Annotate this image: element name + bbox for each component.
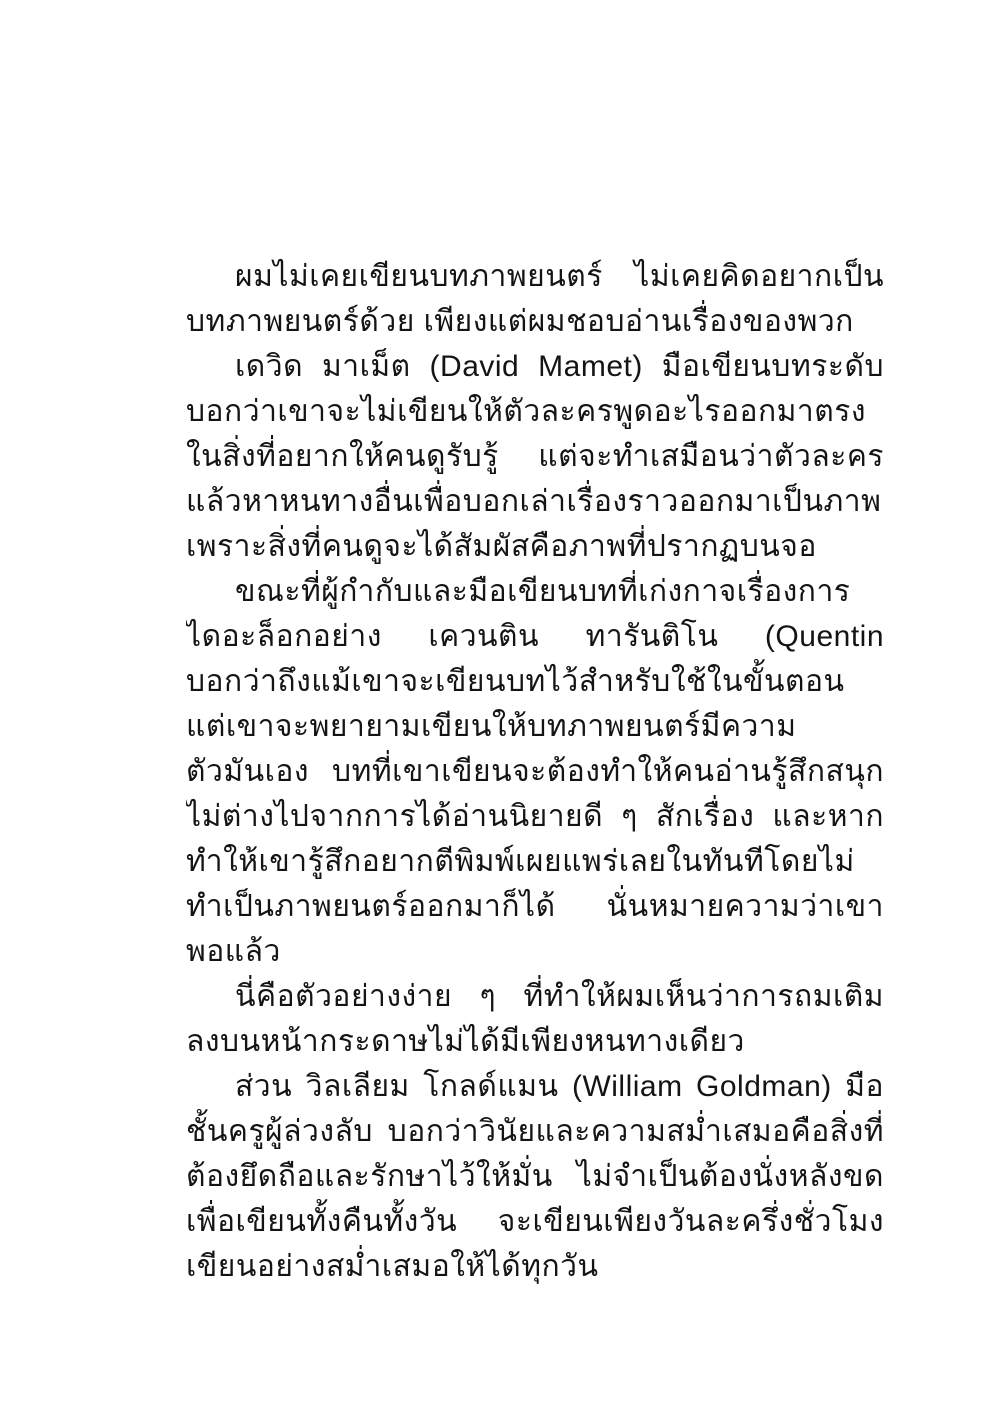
text-line: ในสิ่งที่อยากให้คนดูรับรู้ แต่จะทำเสมือน… — [186, 434, 884, 479]
text-line: พอแล้ว — [186, 929, 884, 974]
text-line: บทภาพยนตร์ด้วย เพียงแต่ผมชอบอ่านเรื่องขอ… — [186, 299, 884, 344]
text-line: นี่คือตัวอย่างง่าย ๆ ที่ทำให้ผมเห็นว่ากา… — [186, 974, 884, 1019]
text-line: ผมไม่เคยเขียนบทภาพยนตร์ ไม่เคยคิดอยากเป็… — [186, 254, 884, 299]
text-line: ขณะที่ผู้กำกับและมือเขียนบทที่เก่งกาจเรื… — [186, 569, 884, 614]
text-line: ไม่ต่างไปจากการได้อ่านนิยายดี ๆ สักเรื่อ… — [186, 794, 884, 839]
text-line: บอกว่าถึงแม้เขาจะเขียนบทไว้สำหรับใช้ในขั… — [186, 659, 884, 704]
text-line: ชั้นครูผู้ล่วงลับ บอกว่าวินัยและความสม่ำ… — [186, 1109, 884, 1154]
text-line: เดวิด มาเม็ต (David Mamet) มือเขียนบทระด… — [186, 344, 884, 389]
text-line: บอกว่าเขาจะไม่เขียนให้ตัวละครพูดอะไรออกม… — [186, 389, 884, 434]
body-text: ผมไม่เคยเขียนบทภาพยนตร์ ไม่เคยคิดอยากเป็… — [186, 254, 884, 1289]
page: ผมไม่เคยเขียนบทภาพยนตร์ ไม่เคยคิดอยากเป็… — [0, 0, 992, 1407]
text-line: ทำให้เขารู้สึกอยากตีพิมพ์เผยแพร่เลยในทัน… — [186, 839, 884, 884]
text-line: แล้วหาหนทางอื่นเพื่อบอกเล่าเรื่องราวออกม… — [186, 479, 884, 524]
text-line: แต่เขาจะพยายามเขียนให้บทภาพยนตร์มีความสม… — [186, 704, 884, 749]
text-line: ลงบนหน้ากระดาษไม่ได้มีเพียงหนทางเดียว — [186, 1019, 884, 1064]
text-line: เขียนอย่างสม่ำเสมอให้ได้ทุกวัน — [186, 1244, 884, 1289]
text-line: เพราะสิ่งที่คนดูจะได้สัมผัสคือภาพที่ปราก… — [186, 524, 884, 569]
text-line: ไดอะล็อกอย่าง เควนติน ทารันติโน (Quentin… — [186, 614, 884, 659]
text-line: ทำเป็นภาพยนตร์ออกมาก็ได้ นั่นหมายความว่า… — [186, 884, 884, 929]
text-line: ส่วน วิลเลียม โกลด์แมน (William Goldman)… — [186, 1064, 884, 1109]
text-line: ตัวมันเอง บทที่เขาเขียนจะต้องทำให้คนอ่าน… — [186, 749, 884, 794]
text-line: ต้องยึดถือและรักษาไว้ให้มั่น ไม่จำเป็นต้… — [186, 1154, 884, 1199]
text-line: เพื่อเขียนทั้งคืนทั้งวัน จะเขียนเพียงวัน… — [186, 1199, 884, 1244]
